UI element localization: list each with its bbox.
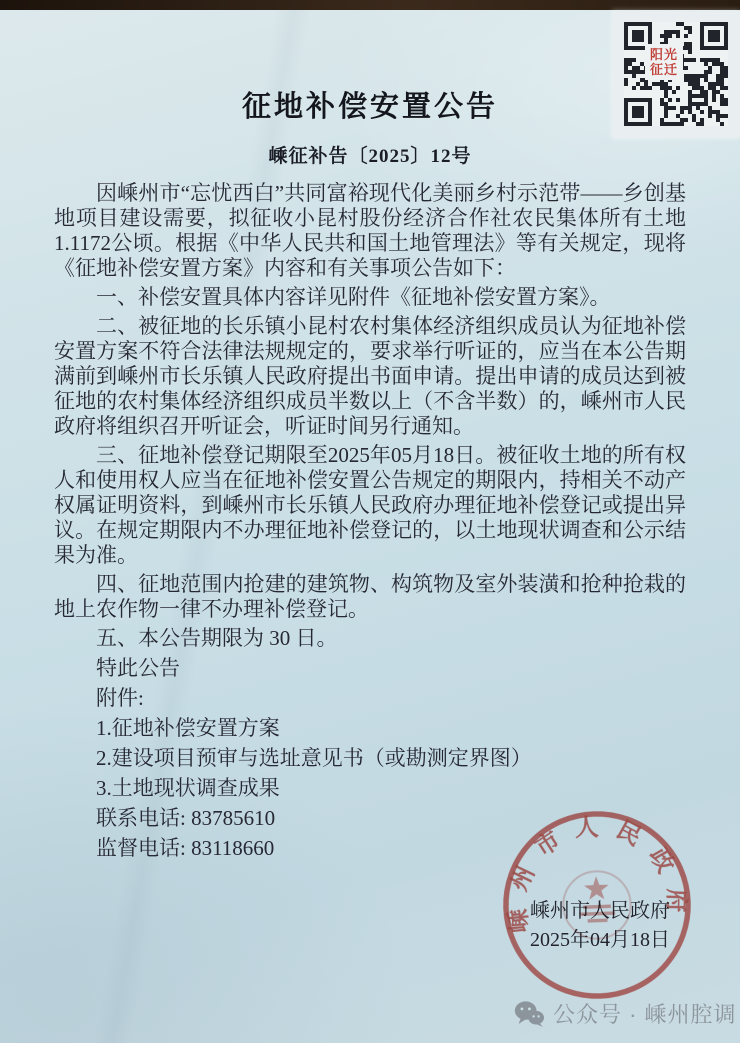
para-item-4: 四、征地范围内抢建的建筑物、构筑物及室外装潢和抢种抢栽的地上农作物一律不办理补偿…: [54, 572, 686, 622]
photo-background-edge: [0, 0, 740, 10]
document-photo: 阳光 征迁 征地补偿安置公告 嵊征补告〔2025〕12号 因嵊州市“忘忧西白”共…: [0, 0, 740, 1043]
announcement-body: 因嵊州市“忘忧西白”共同富裕现代化美丽乡村示范带——乡创基地项目建设需要，拟征收…: [54, 181, 686, 866]
para-item-5: 五、本公告期限为 30 日。: [54, 626, 686, 651]
national-emblem-icon: [562, 870, 632, 940]
qr-label-line2: 征迁: [650, 62, 678, 77]
attachment-2: 2.建设项目预审与选址意见书（或勘测定界图）: [54, 746, 686, 771]
wechat-icon: [514, 1000, 544, 1027]
watermark-label: 公众号 · 嵊州腔调: [553, 998, 737, 1029]
svg-text:嵊州市人民政府: 嵊州市人民政府: [501, 811, 692, 934]
document-number: 嵊征补告〔2025〕12号: [0, 141, 740, 168]
qr-label-line1: 阳光: [650, 47, 678, 62]
para-closing: 特此公告: [54, 656, 686, 681]
para-item-2: 二、被征地的长乐镇小昆村农村集体经济组织成员认为征地补偿安置方案不符合法律法规规…: [54, 314, 686, 439]
para-item-3: 三、征地补偿登记期限至2025年05月18日。被征收土地的所有权人和使用权人应当…: [54, 443, 686, 568]
seal-ring-text: 嵊州市人民政府: [501, 811, 692, 934]
page-title: 征地补偿安置公告: [0, 84, 740, 125]
attachment-3: 3.土地现状调查成果: [54, 776, 686, 801]
qr-center-label: 阳光 征迁: [645, 44, 683, 80]
attachments-label: 附件:: [54, 686, 686, 711]
para-intro: 因嵊州市“忘忧西白”共同富裕现代化美丽乡村示范带——乡创基地项目建设需要，拟征收…: [54, 181, 686, 281]
para-item-1: 一、补偿安置具体内容详见附件《征地补偿安置方案》。: [54, 285, 686, 310]
official-seal: 嵊州市人民政府: [495, 803, 700, 1008]
watermark: 公众号 · 嵊州腔调: [514, 998, 737, 1029]
attachment-1: 1.征地补偿安置方案: [54, 716, 686, 741]
